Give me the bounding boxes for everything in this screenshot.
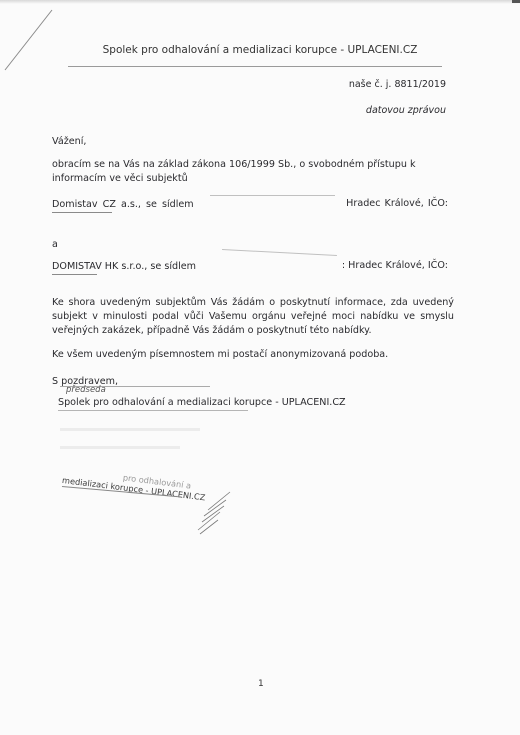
faded-text-line — [60, 428, 200, 431]
scan-corner-mark — [512, 0, 520, 3]
reference-number: naše č. j. 8811/2019 — [349, 79, 446, 90]
subject-2-location: : Hradec Králové, IČO: — [342, 260, 448, 271]
signatory-title: předseda — [66, 385, 106, 395]
signatory-organization: Spolek pro odhalování a medializaci koru… — [58, 396, 346, 410]
underline-mark — [58, 410, 248, 411]
page-number: 1 — [258, 679, 264, 689]
intro-line-2: informacím ve věci subjektů — [52, 172, 188, 186]
organization-stamp: pro odhalování a medializaci korupce - U… — [62, 465, 208, 502]
underline-mark — [52, 274, 97, 275]
subject-1-name: Domistav CZ a.s., se sídlem — [52, 198, 194, 212]
delivery-method: datovou zprávou — [366, 105, 446, 116]
request-paragraph: Ke shora uvedeným subjektům Vás žádám o … — [52, 296, 454, 338]
redacted-address-2 — [222, 249, 337, 256]
faded-text-line — [60, 446, 180, 449]
intro-line-1: obracím se na Vás na základ zákona 106/1… — [52, 158, 416, 172]
handwritten-signature — [190, 490, 240, 540]
salutation: Vážení, — [52, 135, 86, 149]
subject-1-location: Hradec Králové, IČO: — [346, 198, 448, 209]
anonymization-note: Ke všem uvedeným písemnostem mi postačí … — [52, 348, 388, 362]
scan-top-shadow — [0, 0, 520, 4]
underline-mark — [52, 212, 112, 213]
subject-2-name: DOMISTAV HK s.r.o., se sídlem — [52, 260, 196, 274]
redacted-address-1 — [210, 195, 335, 196]
letterhead-divider — [68, 66, 442, 67]
conjunction: a — [52, 238, 58, 252]
pen-stroke-mark — [0, 0, 60, 80]
letterhead-organization: Spolek pro odhalování a medializaci koru… — [0, 44, 520, 56]
